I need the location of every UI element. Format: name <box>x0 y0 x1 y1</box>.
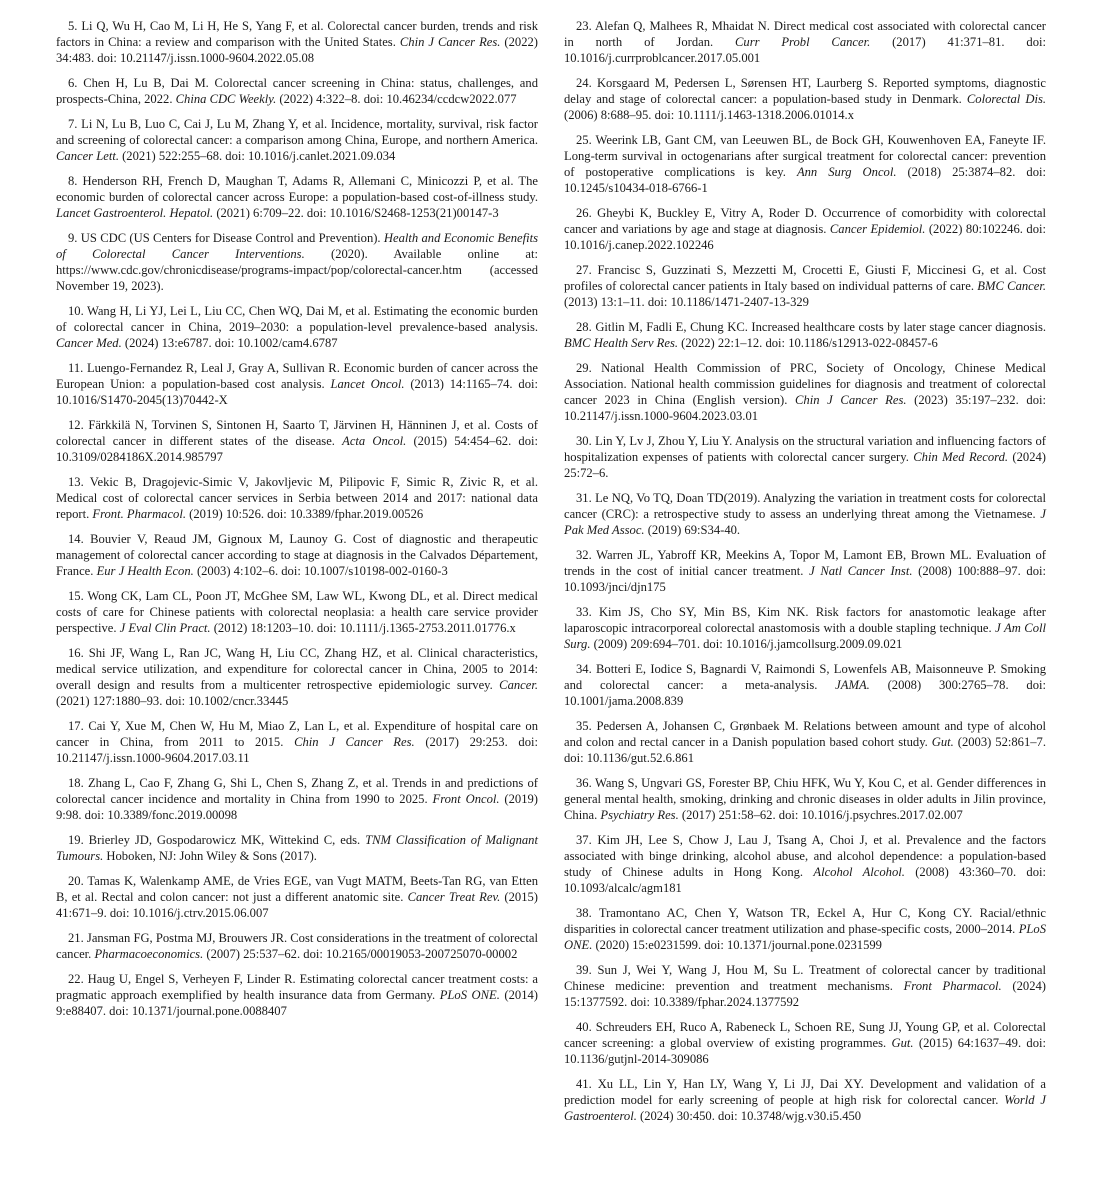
reference-details: (2012) 18:1203–10. doi: 10.1111/j.1365-2… <box>211 621 516 635</box>
reference-details: (2009) 209:694–701. doi: 10.1016/j.jamco… <box>590 637 902 651</box>
reference-item: 6. Chen H, Lu B, Dai M. Colorectal cance… <box>56 75 538 107</box>
reference-number: 28. <box>576 320 592 334</box>
reference-item: 18. Zhang L, Cao F, Zhang G, Shi L, Chen… <box>56 775 538 823</box>
reference-item: 40. Schreuders EH, Ruco A, Rabeneck L, S… <box>564 1019 1046 1067</box>
reference-number: 11. <box>68 361 83 375</box>
reference-number: 19. <box>68 833 84 847</box>
reference-column-left: 5. Li Q, Wu H, Cao M, Li H, He S, Yang F… <box>56 18 538 1133</box>
reference-journal: Curr Probl Cancer. <box>735 35 870 49</box>
reference-item: 37. Kim JH, Lee S, Chow J, Lau J, Tsang … <box>564 832 1046 896</box>
reference-authors-title: Gitlin M, Fadli E, Chung KC. Increased h… <box>595 320 1046 334</box>
reference-item: 14. Bouvier V, Reaud JM, Gignoux M, Laun… <box>56 531 538 579</box>
reference-item: 11. Luengo-Fernandez R, Leal J, Gray A, … <box>56 360 538 408</box>
reference-item: 17. Cai Y, Xue M, Chen W, Hu M, Miao Z, … <box>56 718 538 766</box>
reference-item: 20. Tamas K, Walenkamp AME, de Vries EGE… <box>56 873 538 921</box>
reference-journal: China CDC Weekly. <box>176 92 277 106</box>
reference-item: 23. Alefan Q, Malhees R, Mhaidat N. Dire… <box>564 18 1046 66</box>
reference-number: 35. <box>576 719 592 733</box>
reference-item: 30. Lin Y, Lv J, Zhou Y, Liu Y. Analysis… <box>564 433 1046 481</box>
reference-journal: Ann Surg Oncol. <box>797 165 897 179</box>
reference-number: 31. <box>576 491 592 505</box>
reference-journal: Lancet Gastroenterol. Hepatol. <box>56 206 213 220</box>
reference-item: 27. Francisc S, Guzzinati S, Mezzetti M,… <box>564 262 1046 310</box>
reference-journal: Colorectal Dis. <box>967 92 1046 106</box>
reference-item: 15. Wong CK, Lam CL, Poon JT, McGhee SM,… <box>56 588 538 636</box>
reference-journal: Psychiatry Res. <box>600 808 678 822</box>
reference-authors-title: Francisc S, Guzzinati S, Mezzetti M, Cro… <box>564 263 1046 293</box>
reference-journal: Chin Med Record. <box>913 450 1008 464</box>
reference-number: 14. <box>68 532 84 546</box>
reference-journal: BMC Health Serv Res. <box>564 336 678 350</box>
reference-number: 29. <box>576 361 592 375</box>
reference-number: 24. <box>576 76 592 90</box>
reference-authors-title: US CDC (US Centers for Disease Control a… <box>81 231 384 245</box>
reference-details: (2003) 4:102–6. doi: 10.1007/s10198-002-… <box>194 564 448 578</box>
reference-details: (2021) 6:709–22. doi: 10.1016/S2468-1253… <box>213 206 498 220</box>
reference-journal: Lancet Oncol. <box>330 377 404 391</box>
reference-details: (2021) 522:255–68. doi: 10.1016/j.canlet… <box>119 149 395 163</box>
reference-authors-title: Shi JF, Wang L, Ran JC, Wang H, Liu CC, … <box>56 646 538 692</box>
reference-journal: Front. Pharmacol. <box>92 507 186 521</box>
reference-number: 38. <box>576 906 592 920</box>
reference-item: 26. Gheybi K, Buckley E, Vitry A, Roder … <box>564 205 1046 253</box>
reference-item: 9. US CDC (US Centers for Disease Contro… <box>56 230 538 294</box>
reference-authors-title: Brierley JD, Gospodarowicz MK, Wittekind… <box>89 833 365 847</box>
reference-item: 12. Färkkilä N, Torvinen S, Sintonen H, … <box>56 417 538 465</box>
reference-number: 12. <box>68 418 84 432</box>
reference-item: 41. Xu LL, Lin Y, Han LY, Wang Y, Li JJ,… <box>564 1076 1046 1124</box>
reference-journal: Alcohol Alcohol. <box>813 865 905 879</box>
reference-number: 27. <box>576 263 592 277</box>
reference-journal: J Eval Clin Pract. <box>120 621 211 635</box>
reference-number: 22. <box>68 972 84 986</box>
reference-item: 10. Wang H, Li YJ, Lei L, Liu CC, Chen W… <box>56 303 538 351</box>
reference-number: 32. <box>576 548 592 562</box>
reference-number: 25. <box>576 133 592 147</box>
reference-number: 39. <box>576 963 592 977</box>
reference-details: (2021) 127:1880–93. doi: 10.1002/cncr.33… <box>56 694 288 708</box>
reference-journal: Cancer Med. <box>56 336 122 350</box>
reference-number: 40. <box>576 1020 592 1034</box>
reference-authors-title: Wang H, Li YJ, Lei L, Liu CC, Chen WQ, D… <box>56 304 538 334</box>
reference-item: 28. Gitlin M, Fadli E, Chung KC. Increas… <box>564 319 1046 351</box>
reference-item: 39. Sun J, Wei Y, Wang J, Hou M, Su L. T… <box>564 962 1046 1010</box>
reference-item: 35. Pedersen A, Johansen C, Grønbaek M. … <box>564 718 1046 766</box>
reference-details: (2006) 8:688–95. doi: 10.1111/j.1463-131… <box>564 108 854 122</box>
reference-number: 36. <box>576 776 592 790</box>
reference-number: 15. <box>68 589 84 603</box>
reference-number: 26. <box>576 206 592 220</box>
reference-number: 16. <box>68 646 84 660</box>
reference-item: 19. Brierley JD, Gospodarowicz MK, Witte… <box>56 832 538 864</box>
reference-number: 17. <box>68 719 84 733</box>
reference-item: 5. Li Q, Wu H, Cao M, Li H, He S, Yang F… <box>56 18 538 66</box>
reference-journal: Cancer Lett. <box>56 149 119 163</box>
reference-number: 21. <box>68 931 84 945</box>
reference-details: (2022) 4:322–8. doi: 10.46234/ccdcw2022.… <box>276 92 516 106</box>
reference-number: 34. <box>576 662 592 676</box>
reference-journal: Chin J Cancer Res. <box>400 35 501 49</box>
reference-journal: Cancer. <box>499 678 538 692</box>
reference-journal: PLoS ONE. <box>440 988 500 1002</box>
reference-number: 37. <box>576 833 592 847</box>
reference-journal: Chin J Cancer Res. <box>294 735 415 749</box>
reference-journal: Acta Oncol. <box>342 434 406 448</box>
reference-journal: Front Pharmacol. <box>904 979 1002 993</box>
reference-journal: Gut. <box>892 1036 914 1050</box>
reference-journal: Pharmacoeconomics. <box>94 947 203 961</box>
reference-details: (2019) 10:526. doi: 10.3389/fphar.2019.0… <box>186 507 423 521</box>
reference-journal: Eur J Health Econ. <box>97 564 194 578</box>
reference-details: (2024) 30:450. doi: 10.3748/wjg.v30.i5.4… <box>637 1109 861 1123</box>
reference-item: 31. Le NQ, Vo TQ, Doan TD(2019). Analyzi… <box>564 490 1046 538</box>
reference-authors-title: Kim JS, Cho SY, Min BS, Kim NK. Risk fac… <box>564 605 1046 635</box>
reference-details: (2024) 13:e6787. doi: 10.1002/cam4.6787 <box>122 336 338 350</box>
reference-item: 24. Korsgaard M, Pedersen L, Sørensen HT… <box>564 75 1046 123</box>
reference-details: (2020) 15:e0231599. doi: 10.1371/journal… <box>592 938 882 952</box>
reference-item: 8. Henderson RH, French D, Maughan T, Ad… <box>56 173 538 221</box>
reference-number: 5. <box>68 19 77 33</box>
reference-number: 6. <box>68 76 77 90</box>
reference-number: 23. <box>576 19 592 33</box>
reference-journal: Cancer Epidemiol. <box>830 222 925 236</box>
reference-item: 22. Haug U, Engel S, Verheyen F, Linder … <box>56 971 538 1019</box>
reference-number: 30. <box>576 434 592 448</box>
reference-details: Hoboken, NJ: John Wiley & Sons (2017). <box>103 849 317 863</box>
reference-details: (2007) 25:537–62. doi: 10.2165/00019053-… <box>203 947 517 961</box>
reference-item: 25. Weerink LB, Gant CM, van Leeuwen BL,… <box>564 132 1046 196</box>
reference-authors-title: Li N, Lu B, Luo C, Cai J, Lu M, Zhang Y,… <box>56 117 538 147</box>
reference-details: (2022) 22:1–12. doi: 10.1186/s12913-022-… <box>678 336 938 350</box>
reference-item: 7. Li N, Lu B, Luo C, Cai J, Lu M, Zhang… <box>56 116 538 164</box>
reference-item: 16. Shi JF, Wang L, Ran JC, Wang H, Liu … <box>56 645 538 709</box>
reference-authors-title: Le NQ, Vo TQ, Doan TD(2019). Analyzing t… <box>564 491 1046 521</box>
reference-page: 5. Li Q, Wu H, Cao M, Li H, He S, Yang F… <box>56 18 1046 1133</box>
reference-number: 7. <box>68 117 77 131</box>
reference-item: 21. Jansman FG, Postma MJ, Brouwers JR. … <box>56 930 538 962</box>
reference-number: 10. <box>68 304 84 318</box>
reference-journal: Gut. <box>932 735 954 749</box>
reference-number: 8. <box>68 174 77 188</box>
reference-item: 33. Kim JS, Cho SY, Min BS, Kim NK. Risk… <box>564 604 1046 652</box>
reference-journal: Chin J Cancer Res. <box>795 393 907 407</box>
reference-column-right: 23. Alefan Q, Malhees R, Mhaidat N. Dire… <box>564 18 1046 1133</box>
reference-number: 13. <box>68 475 84 489</box>
reference-item: 36. Wang S, Ungvari GS, Forester BP, Chi… <box>564 775 1046 823</box>
reference-journal: JAMA. <box>835 678 870 692</box>
reference-number: 41. <box>576 1077 592 1091</box>
reference-item: 32. Warren JL, Yabroff KR, Meekins A, To… <box>564 547 1046 595</box>
reference-journal: J Natl Cancer Inst. <box>809 564 912 578</box>
reference-number: 9. <box>68 231 77 245</box>
reference-authors-title: Henderson RH, French D, Maughan T, Adams… <box>56 174 538 204</box>
reference-journal: Cancer Treat Rev. <box>408 890 501 904</box>
reference-number: 33. <box>576 605 592 619</box>
reference-authors-title: Xu LL, Lin Y, Han LY, Wang Y, Li JJ, Dai… <box>564 1077 1046 1107</box>
reference-details: (2017) 251:58–62. doi: 10.1016/j.psychre… <box>679 808 963 822</box>
reference-item: 29. National Health Commission of PRC, S… <box>564 360 1046 424</box>
reference-authors-title: Tramontano AC, Chen Y, Watson TR, Eckel … <box>564 906 1046 936</box>
reference-item: 13. Vekic B, Dragojevic-Simic V, Jakovlj… <box>56 474 538 522</box>
reference-number: 20. <box>68 874 84 888</box>
reference-item: 34. Botteri E, Iodice S, Bagnardi V, Rai… <box>564 661 1046 709</box>
reference-item: 38. Tramontano AC, Chen Y, Watson TR, Ec… <box>564 905 1046 953</box>
reference-details: (2013) 13:1–11. doi: 10.1186/1471-2407-1… <box>564 295 809 309</box>
reference-number: 18. <box>68 776 84 790</box>
reference-details: (2019) 69:S34-40. <box>645 523 741 537</box>
reference-journal: Front Oncol. <box>433 792 500 806</box>
reference-journal: BMC Cancer. <box>977 279 1046 293</box>
